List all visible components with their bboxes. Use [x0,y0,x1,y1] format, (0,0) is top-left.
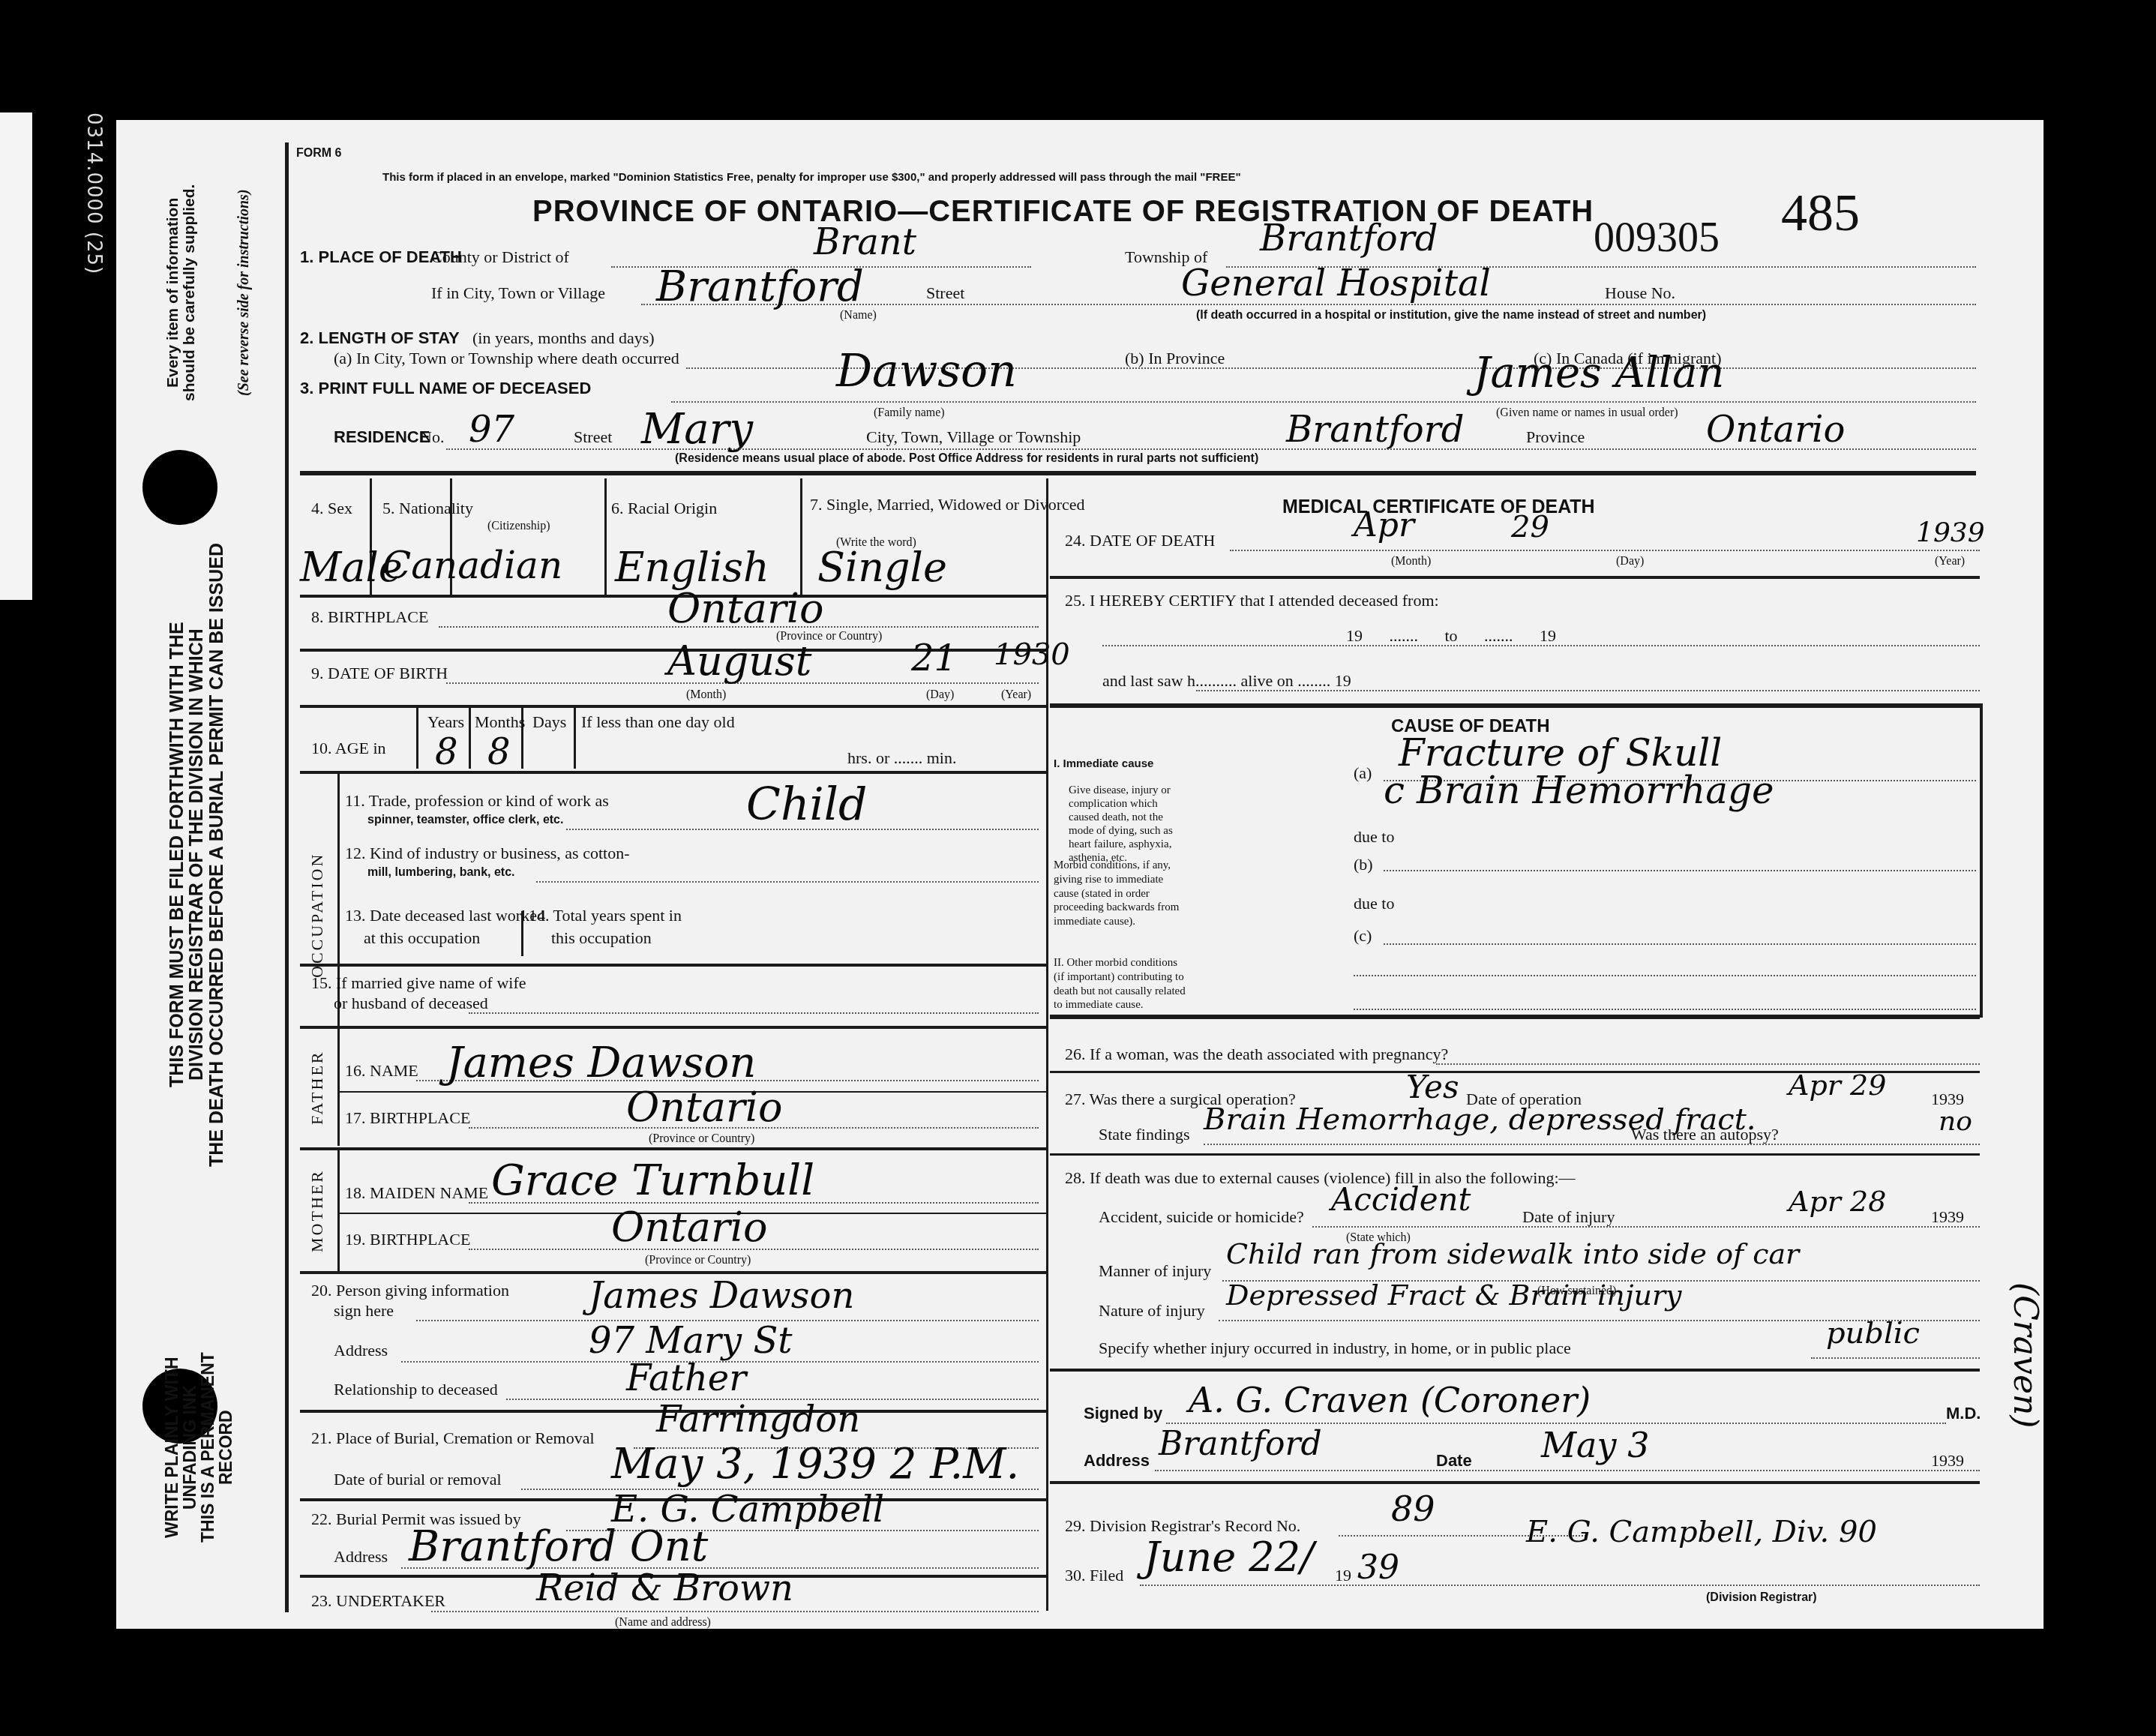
filing-notice: THIS FORM MUST BE FILED FORTHWITH WITH T… [167,495,226,1215]
permit-address-value: Brantford Ont [409,1522,708,1571]
manner-value: Child ran from sidewalk into side of car [1226,1237,1799,1270]
residence-city-label: City, Town, Village or Township [866,427,1081,447]
death-month-value: Apr [1354,506,1414,544]
father-name-label: 16. NAME [345,1061,418,1081]
q15-sub: or husband of deceased [334,994,488,1013]
less-than-day-label: If less than one day old [581,712,735,732]
date-of-birth-label: 9. DATE OF BIRTH [311,664,448,683]
permit-address-label: Address [334,1547,388,1567]
date-of-death-label: 24. DATE OF DEATH [1065,531,1215,550]
age-months-value: 8 [487,731,511,773]
burial-place-label: 21. Place of Burial, Cremation or Remova… [311,1429,595,1448]
street-label: Street [926,283,964,303]
nature-value: Depressed Fract & Brain injury [1226,1279,1682,1312]
name-caption: (Name) [840,309,877,322]
signed-year-value: 1939 [1931,1451,1964,1471]
death-month-caption: (Month) [1391,555,1431,568]
filed-date-value: June 22/ [1144,1534,1314,1581]
nationality-label: 5. Nationality [382,499,473,518]
mother-birthplace-value: Ontario [611,1204,768,1251]
mother-birthplace-caption: (Province or Country) [645,1254,751,1267]
sex-label: 4. Sex [311,499,352,518]
pregnancy-label: 26. If a woman, was the death associated… [1065,1045,1448,1064]
residence-province-label: Province [1526,427,1585,447]
filed-year-value: 39 [1357,1549,1399,1587]
place-of-death-label: 1. PLACE OF DEATH [300,247,367,266]
record-no-value: 89 [1391,1489,1435,1529]
occupation-side-label: OCCUPATION [307,787,327,1042]
page-number: 485 [1781,184,1860,244]
film-leader-strip [0,112,32,600]
signer-address-label: Address [1084,1451,1150,1471]
burial-place-value: Farringdon [656,1399,860,1441]
residence-no-value: 97 [469,409,514,451]
signed-date-value: May 3 [1541,1425,1649,1465]
burial-date-value: May 3, 1939 2 P.M. [611,1440,1019,1489]
county-value: Brant [814,221,916,263]
informant-address-label: Address [334,1341,388,1360]
reel-label: 0314.0000 (25) [45,112,105,322]
undertaker-label: 23. UNDERTAKER [311,1591,445,1611]
external-causes-label: 28. If death was due to external causes … [1065,1168,1576,1188]
signer-address-value: Brantford [1159,1425,1322,1463]
filed-19: 19 [1335,1566,1351,1585]
residence-street-label: Street [574,427,612,447]
q11-sub: spinner, teamster, office clerk, etc. [367,814,563,827]
years-label: Years [427,712,464,732]
certificate-number: 009305 [1594,214,1720,262]
nationality-caption: (Citizenship) [487,520,550,533]
father-name-value: James Dawson [446,1039,756,1087]
residence-street-value: Mary [641,405,753,454]
injury-year-value: 1939 [1931,1207,1964,1227]
age-label: 10. AGE in [311,739,386,758]
mother-maiden-label: 18. MAIDEN NAME [345,1183,488,1203]
info-notice: Every item of informationshould be caref… [165,157,198,427]
residence-no-label: No. [420,427,444,447]
mother-birthplace-label: 19. BIRTHPLACE [345,1230,470,1249]
accident-value: Accident [1331,1181,1471,1218]
cause-a2-value: c Brain Hemorrhage [1384,769,1774,812]
surgical-operation-value: Yes [1406,1069,1459,1105]
dob-month-value: August [667,637,812,685]
father-birthplace-caption: (Province or Country) [649,1132,754,1146]
other-morbid-label: II. Other morbid conditions (if importan… [1054,956,1189,1012]
manner-label: Manner of injury [1099,1261,1211,1281]
birthplace-label: 8. BIRTHPLACE [311,607,428,627]
ink-notice: WRITE PLAINLY WITHUNFADING INKTHIS IS A … [163,1320,235,1575]
q13-label: 13. Date deceased last worked [345,906,545,925]
accident-label: Accident, suicide or homicide? [1099,1207,1304,1227]
attended-label: 25. I HEREBY CERTIFY that I attended dec… [1065,591,1439,610]
racial-origin-label: 6. Racial Origin [611,499,717,518]
hrs-min-label: hrs. or ....... min. [847,748,956,768]
morbid-conditions-label: Morbid conditions, if any, giving rise t… [1054,859,1189,929]
deceased-name-label: 3. PRINT FULL NAME OF DECEASED [300,379,591,398]
registrar-caption: (Division Registrar) [1706,1591,1817,1605]
registrar-signature: E. G. Campbell, Div. 90 [1526,1515,1877,1549]
q13-sub: at this occupation [364,928,480,948]
residence-province-value: Ontario [1706,409,1845,451]
due-to-label: due to [1354,827,1394,847]
where-label: Specify whether injury occurred in indus… [1099,1339,1571,1358]
immediate-cause-label: I. Immediate cause [1054,757,1189,771]
father-birthplace-value: Ontario [626,1084,783,1131]
city-value: Brantford [656,262,864,311]
injury-date-value: Apr 28 [1789,1185,1886,1218]
informant-address-value: 97 Mary St [589,1320,793,1362]
township-value: Brantford [1260,217,1438,259]
signed-by-label: Signed by [1084,1404,1162,1423]
cause-c-marker: (c) [1354,926,1372,946]
length-of-stay-label: 2. LENGTH OF STAY [300,328,460,348]
undertaker-value: Reid & Brown [536,1567,793,1609]
md-label: M.D. [1946,1404,1981,1423]
residence-note: (Residence means usual place of abode. P… [675,452,1258,466]
q14-sub: this occupation [551,928,652,948]
nature-label: Nature of injury [1099,1301,1205,1321]
q12-sub: mill, lumbering, bank, etc. [367,866,514,880]
hospital-note: (If death occurred in a hospital or inst… [1196,309,1706,322]
day-caption: (Day) [926,688,954,702]
death-year-caption: (Year) [1935,555,1965,568]
attended-range: 19 ....... to ....... 19 [1346,626,1556,646]
margin-rule [285,142,289,1612]
dob-day-value: 21 [911,637,957,679]
relationship-label: Relationship to deceased [334,1380,498,1399]
burial-date-label: Date of burial or removal [334,1470,502,1489]
q11-label: 11. Trade, profession or kind of work as [345,791,609,811]
stay-city-label: (a) In City, Town or Township where deat… [334,349,679,368]
stay-province-label: (b) In Province [1125,349,1225,368]
informant-label: 20. Person giving information [311,1281,509,1300]
injury-date-label: Date of injury [1522,1207,1615,1227]
form-number: FORM 6 [296,147,341,160]
street-value: General Hospital [1181,262,1491,304]
days-label: Days [532,712,566,732]
where-value: public [1826,1316,1920,1351]
family-name-caption: (Family name) [874,406,945,420]
given-names-value: James Allan [1474,349,1724,397]
q14-label: 14. Total years spent in [529,906,682,925]
undertaker-caption: (Name and address) [615,1616,711,1630]
dob-year-value: 1930 [994,637,1070,672]
family-name-value: Dawson [836,345,1017,397]
county-label: County or District of [431,247,569,267]
q12-label: 12. Kind of industry or business, as cot… [345,844,629,863]
due-to-label-2: due to [1354,894,1394,913]
marital-status-label: 7. Single, Married, Widowed or Divorced [810,495,1042,514]
residence-label: RESIDENCE [334,427,430,447]
filed-label: 30. Filed [1065,1566,1123,1585]
death-certificate: Every item of informationshould be caref… [116,120,2044,1629]
mother-maiden-value: Grace Turnbull [491,1156,814,1205]
given-names-caption: (Given name or names in usual order) [1496,406,1678,420]
informant-sign-label: sign here [334,1301,394,1321]
death-day-caption: (Day) [1616,555,1644,568]
signed-by-value: A. G. Craven (Coroner) [1189,1380,1591,1420]
death-day-value: 29 [1511,510,1549,544]
death-year-value: 1939 [1916,517,1985,548]
cause-b-marker: (b) [1354,855,1373,874]
age-years-value: 8 [435,731,458,773]
cause-a-marker: (a) [1354,763,1372,783]
months-label: Months [475,712,525,732]
relationship-value: Father [626,1357,746,1399]
father-side-label: FATHER [307,1035,327,1140]
signed-date-label: Date [1436,1451,1472,1471]
immediate-cause-help: Give disease, injury or complication whi… [1069,784,1189,865]
reverse-note: (See reverse side for instructions) [236,157,252,427]
year-caption: (Year) [1001,688,1031,702]
length-of-stay-sub: (in years, months and days) [472,328,655,348]
birthplace-value: Ontario [667,585,824,632]
marital-status-value: Single [817,544,947,591]
month-caption: (Month) [686,688,726,702]
operation-date-value: Apr 29 [1789,1069,1886,1102]
occupation-value: Child [746,778,867,831]
q15-label: 15. If married give name of wife [311,973,526,993]
findings-label: State findings [1099,1125,1190,1144]
informant-signature: James Dawson [589,1275,854,1317]
mother-side-label: MOTHER [307,1155,327,1267]
autopsy-value: no [1939,1106,1972,1137]
father-birthplace-label: 17. BIRTHPLACE [345,1108,470,1128]
residence-city-value: Brantford [1286,409,1464,451]
last-saw-label: and last saw h.......... alive on ......… [1102,671,1351,691]
racial-origin-value: English [615,544,769,591]
postal-note: This form if placed in an envelope, mark… [382,171,1241,184]
margin-annotation: (Craven) [2006,1282,2044,1429]
house-label: House No. [1605,283,1675,303]
nationality-value: Canadian [382,544,562,587]
city-label: If in City, Town or Village [431,283,605,303]
autopsy-label: Was there an autopsy? [1631,1125,1779,1144]
